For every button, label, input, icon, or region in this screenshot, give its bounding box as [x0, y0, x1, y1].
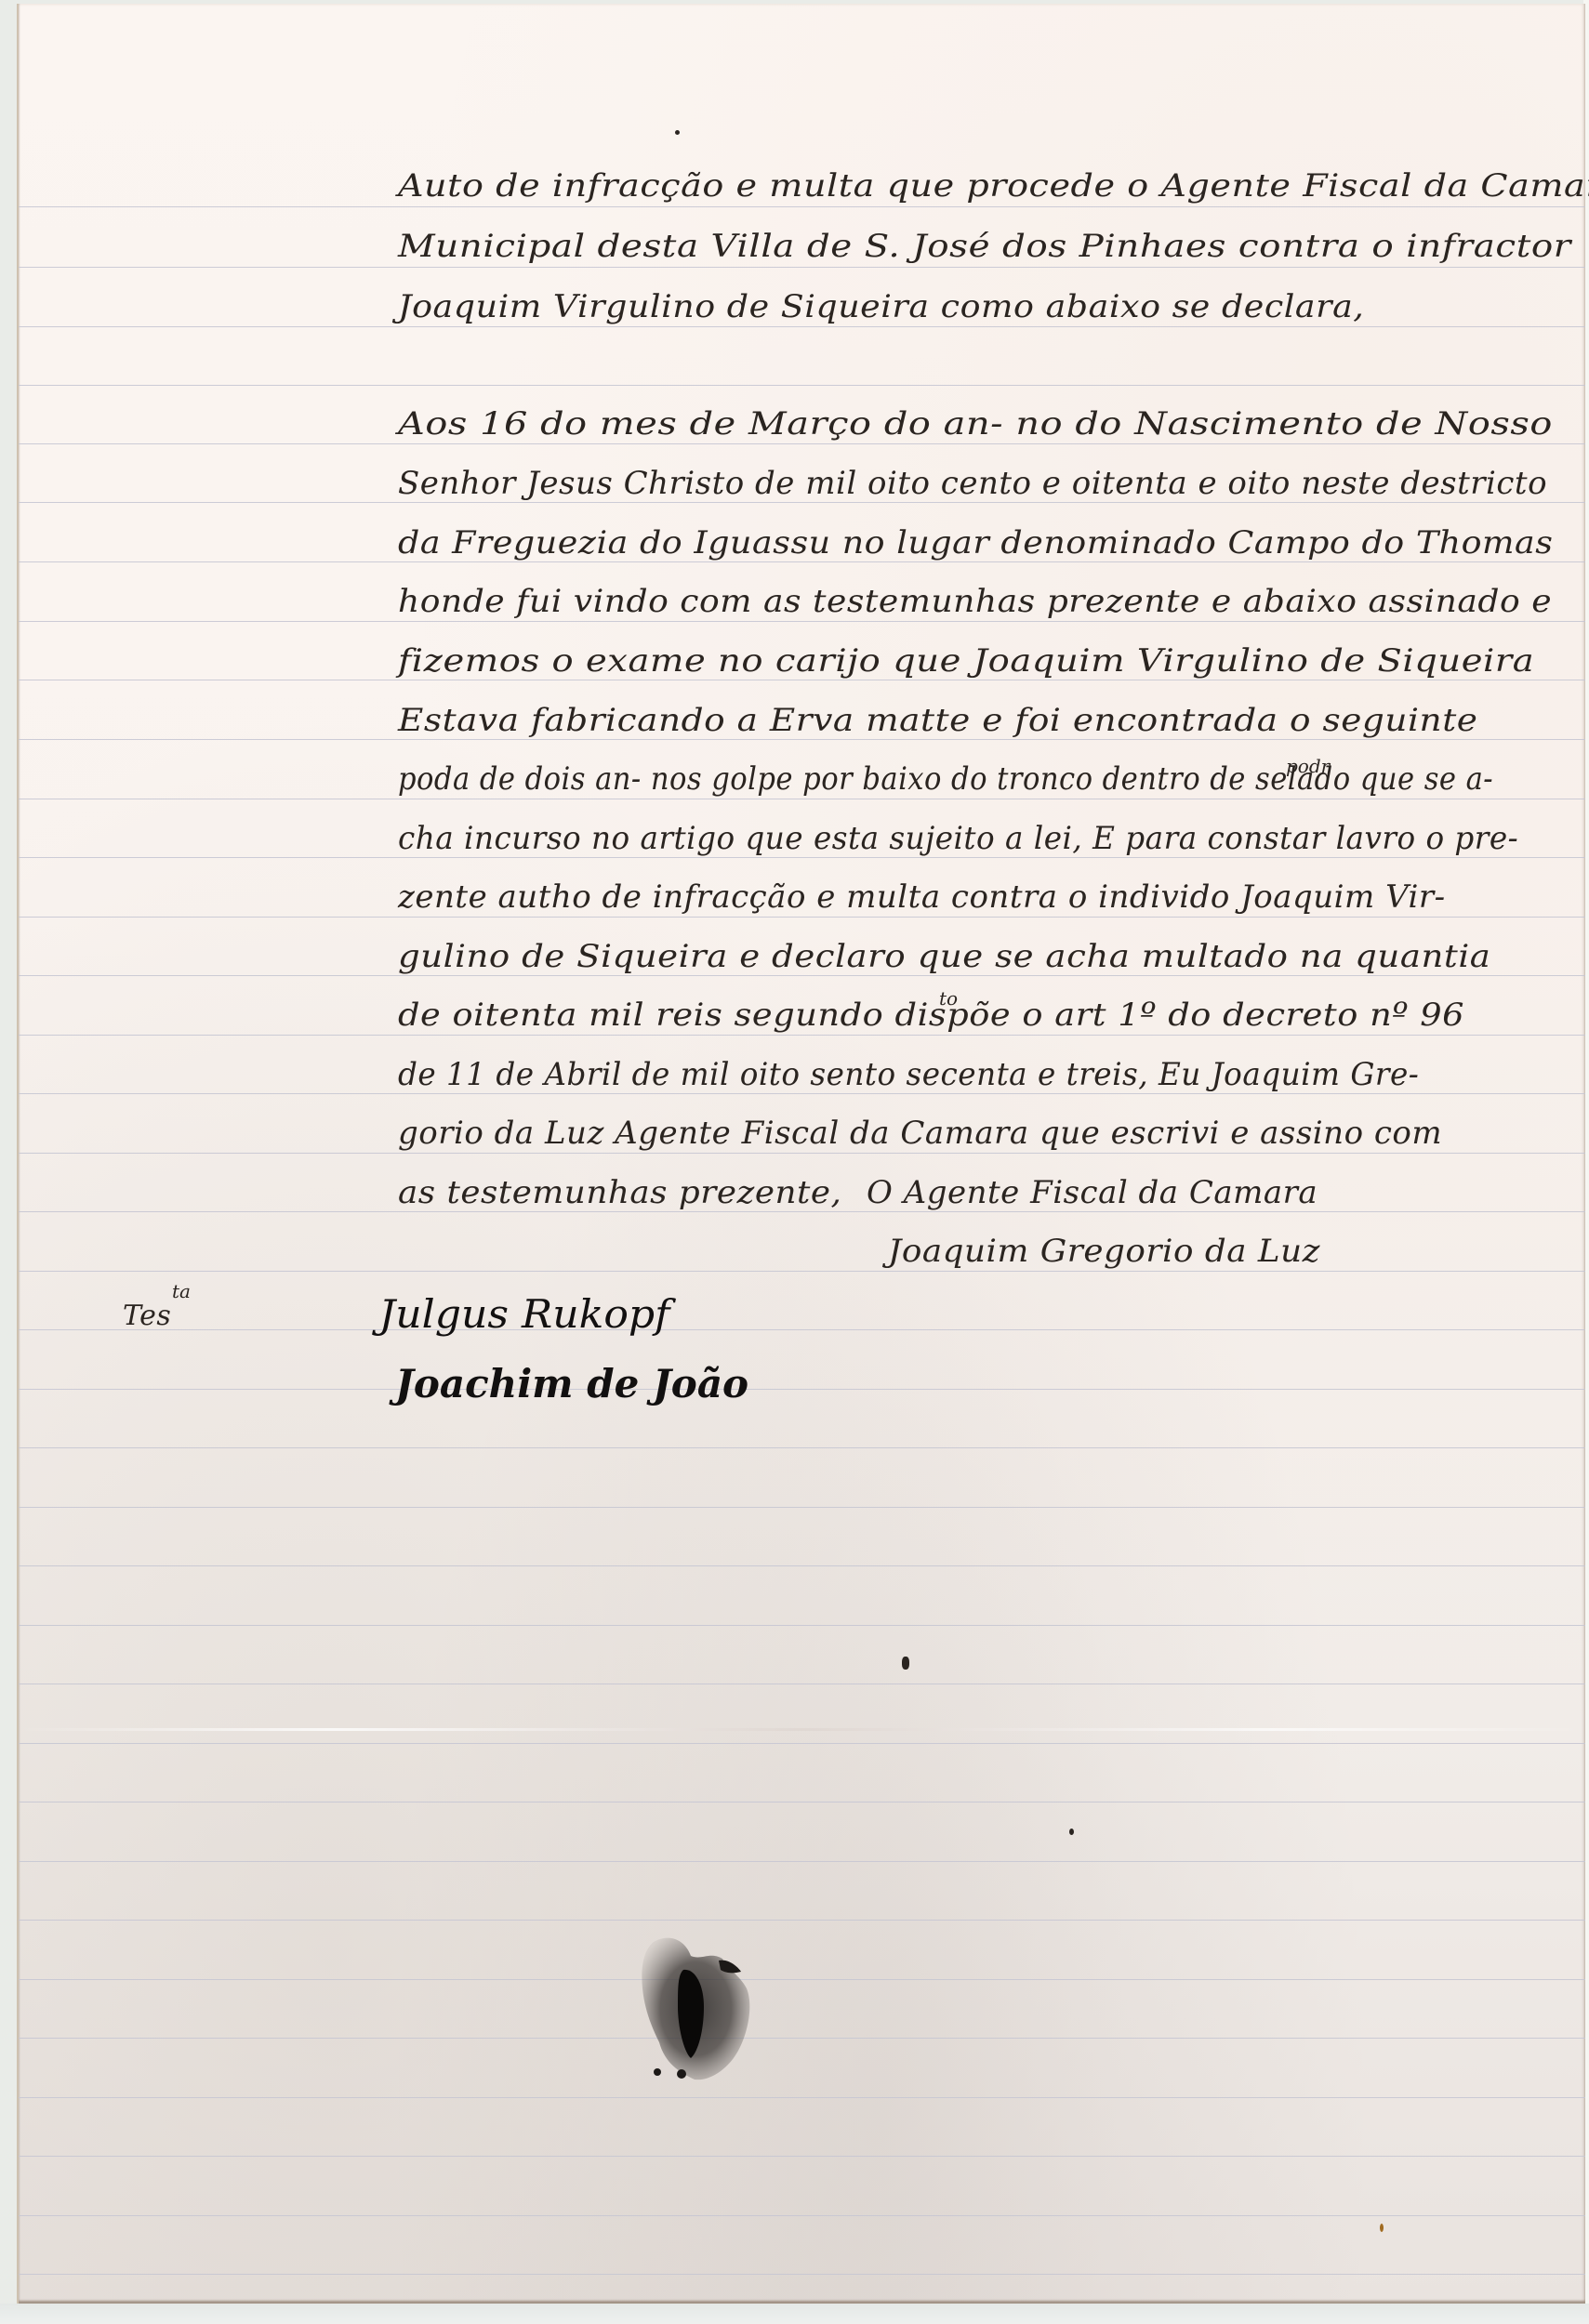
- body-line-11: de oitenta mil reis segundo dispõe o art…: [398, 997, 1464, 1034]
- witness-signature-2: Joachim de João: [395, 1361, 748, 1406]
- body-line-8: cha incurso no artigo que esta sujeito a…: [398, 820, 1518, 857]
- witness-label: Tes: [123, 1298, 171, 1335]
- body-line-1: Aos 16 do mes de Março do an- no do Nasc…: [398, 405, 1553, 442]
- ink-blot: [637, 1933, 767, 2086]
- body-line-12: de 11 de Abril de mil oito sento secenta…: [398, 1056, 1419, 1093]
- body-line-3: da Freguezia do Iguassu no lugar denomin…: [398, 524, 1553, 561]
- closing-title: O Agente Fiscal da Camara: [867, 1174, 1318, 1211]
- ink-speck: [902, 1657, 909, 1670]
- article-superscript: to: [939, 987, 958, 1010]
- body-line-13: gorio da Luz Agente Fiscal da Camara que…: [398, 1115, 1442, 1152]
- body-line-14: as testemunhas prezente,: [398, 1174, 841, 1211]
- paper-crease: [19, 1728, 1585, 1731]
- ink-dot: [675, 130, 680, 135]
- witness-signature-1: Julgus Rukopf: [379, 1291, 670, 1337]
- body-line-5: fizemos o exame no carijo que Joaquim Vi…: [398, 642, 1534, 680]
- agent-signature: Joaquim Gregorio da Luz: [888, 1233, 1320, 1270]
- interlinear-insertion: podr: [1286, 755, 1330, 777]
- manuscript-page: Auto de infracção e multa que procede o …: [17, 4, 1585, 2304]
- ink-speck: [1069, 1829, 1074, 1835]
- body-line-4: honde fui vindo com as testemunhas preze…: [398, 583, 1552, 620]
- body-line-9: zente autho de infracção e multa contra …: [398, 878, 1446, 916]
- rust-speck: [1380, 2224, 1384, 2232]
- backdrop-bottom: [0, 2304, 1589, 2324]
- witness-label-superscript: ta: [172, 1280, 191, 1302]
- body-line-2: Senhor Jesus Christo de mil oito cento e…: [398, 465, 1547, 502]
- heading-line-3: Joaquim Virgulino de Siqueira como abaix…: [398, 288, 1364, 325]
- body-line-6: Estava fabricando a Erva matte e foi enc…: [398, 702, 1477, 739]
- body-line-10: gulino de Siqueira e declaro que se acha…: [398, 938, 1490, 975]
- heading-line-1: Auto de infracção e multa que procede o …: [398, 167, 1589, 205]
- heading-line-2: Municipal desta Villa de S. José dos Pin…: [398, 228, 1571, 265]
